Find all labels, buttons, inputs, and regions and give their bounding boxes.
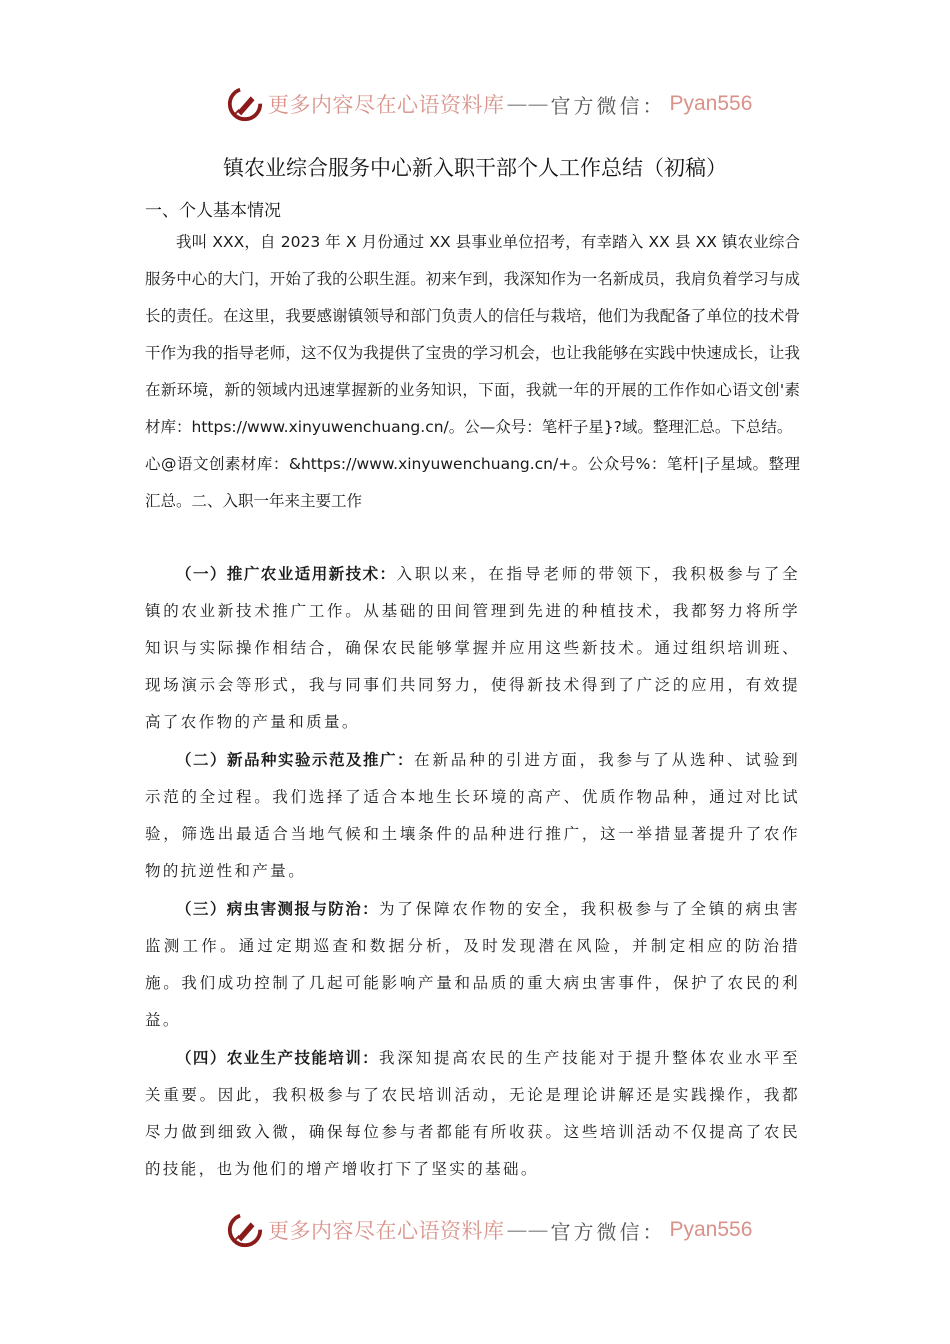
work-item-2-text: 在新品种的引进方面，我参与了从选种、试验到示范的全过程。我们选择了适合本地生长环…: [145, 751, 800, 880]
watermark-dash: ——: [507, 1218, 549, 1242]
work-item-2-label: （二）新品种实验示范及推广：: [176, 750, 414, 769]
work-item-4-label: （四）农业生产技能培训：: [176, 1048, 379, 1067]
work-item-3-text: 为了保障农作物的安全，我积极参与了全镇的病虫害监测工作。通过定期巡查和数据分析，…: [145, 900, 800, 1029]
work-item-4-text: 我深知提高农民的生产技能对于提升整体农业水平至关重要。因此，我积极参与了农民培训…: [145, 1049, 800, 1178]
work-item-1: （一）推广农业适用新技术：入职以来，在指导老师的带领下，我积极参与了全镇的农业新…: [145, 555, 800, 741]
pen-logo-icon: [226, 1211, 264, 1249]
watermark-sub-text: 官方微信：: [551, 1216, 666, 1245]
watermark-inline-line: 心@语文创素材库：&https://www.xinyuwenchuang.cn/…: [145, 446, 800, 520]
section-2-items: （一）推广农业适用新技术：入职以来，在指导老师的带领下，我积极参与了全镇的农业新…: [145, 555, 800, 1188]
section-1-paragraph: 我叫 XXX，自 2023 年 X 月份通过 XX 县事业单位招考，有幸踏入 X…: [145, 224, 800, 446]
watermark-main-text: 更多内容尽在心语资料库: [268, 89, 505, 119]
section-1-body: 我叫 XXX，自 2023 年 X 月份通过 XX 县事业单位招考，有幸踏入 X…: [145, 224, 800, 520]
pen-logo-icon: [226, 85, 264, 123]
work-item-4: （四）农业生产技能培训：我深知提高农民的生产技能对于提升整体农业水平至关重要。因…: [145, 1039, 800, 1188]
document-title: 镇农业综合服务中心新入职干部个人工作总结（初稿）: [0, 152, 950, 182]
watermark-banner-bottom: 更多内容尽在心语资料库 —— 官方微信： Pyan556: [226, 1208, 752, 1252]
watermark-banner-top: 更多内容尽在心语资料库 —— 官方微信： Pyan556: [226, 82, 752, 126]
work-item-1-text: 入职以来，在指导老师的带领下，我积极参与了全镇的农业新技术推广工作。从基础的田间…: [145, 565, 800, 731]
work-item-3: （三）病虫害测报与防治：为了保障农作物的安全，我积极参与了全镇的病虫害监测工作。…: [145, 890, 800, 1039]
section-1-heading: 一、个人基本情况: [145, 196, 281, 221]
watermark-wechat-id: Pyan556: [670, 1218, 753, 1242]
watermark-wechat-id: Pyan556: [670, 92, 753, 116]
work-item-1-label: （一）推广农业适用新技术：: [176, 564, 397, 583]
watermark-sub-text: 官方微信：: [551, 90, 666, 119]
watermark-main-text: 更多内容尽在心语资料库: [268, 1215, 505, 1245]
work-item-3-label: （三）病虫害测报与防治：: [176, 899, 379, 918]
watermark-dash: ——: [507, 92, 549, 116]
work-item-2: （二）新品种实验示范及推广：在新品种的引进方面，我参与了从选种、试验到示范的全过…: [145, 741, 800, 890]
